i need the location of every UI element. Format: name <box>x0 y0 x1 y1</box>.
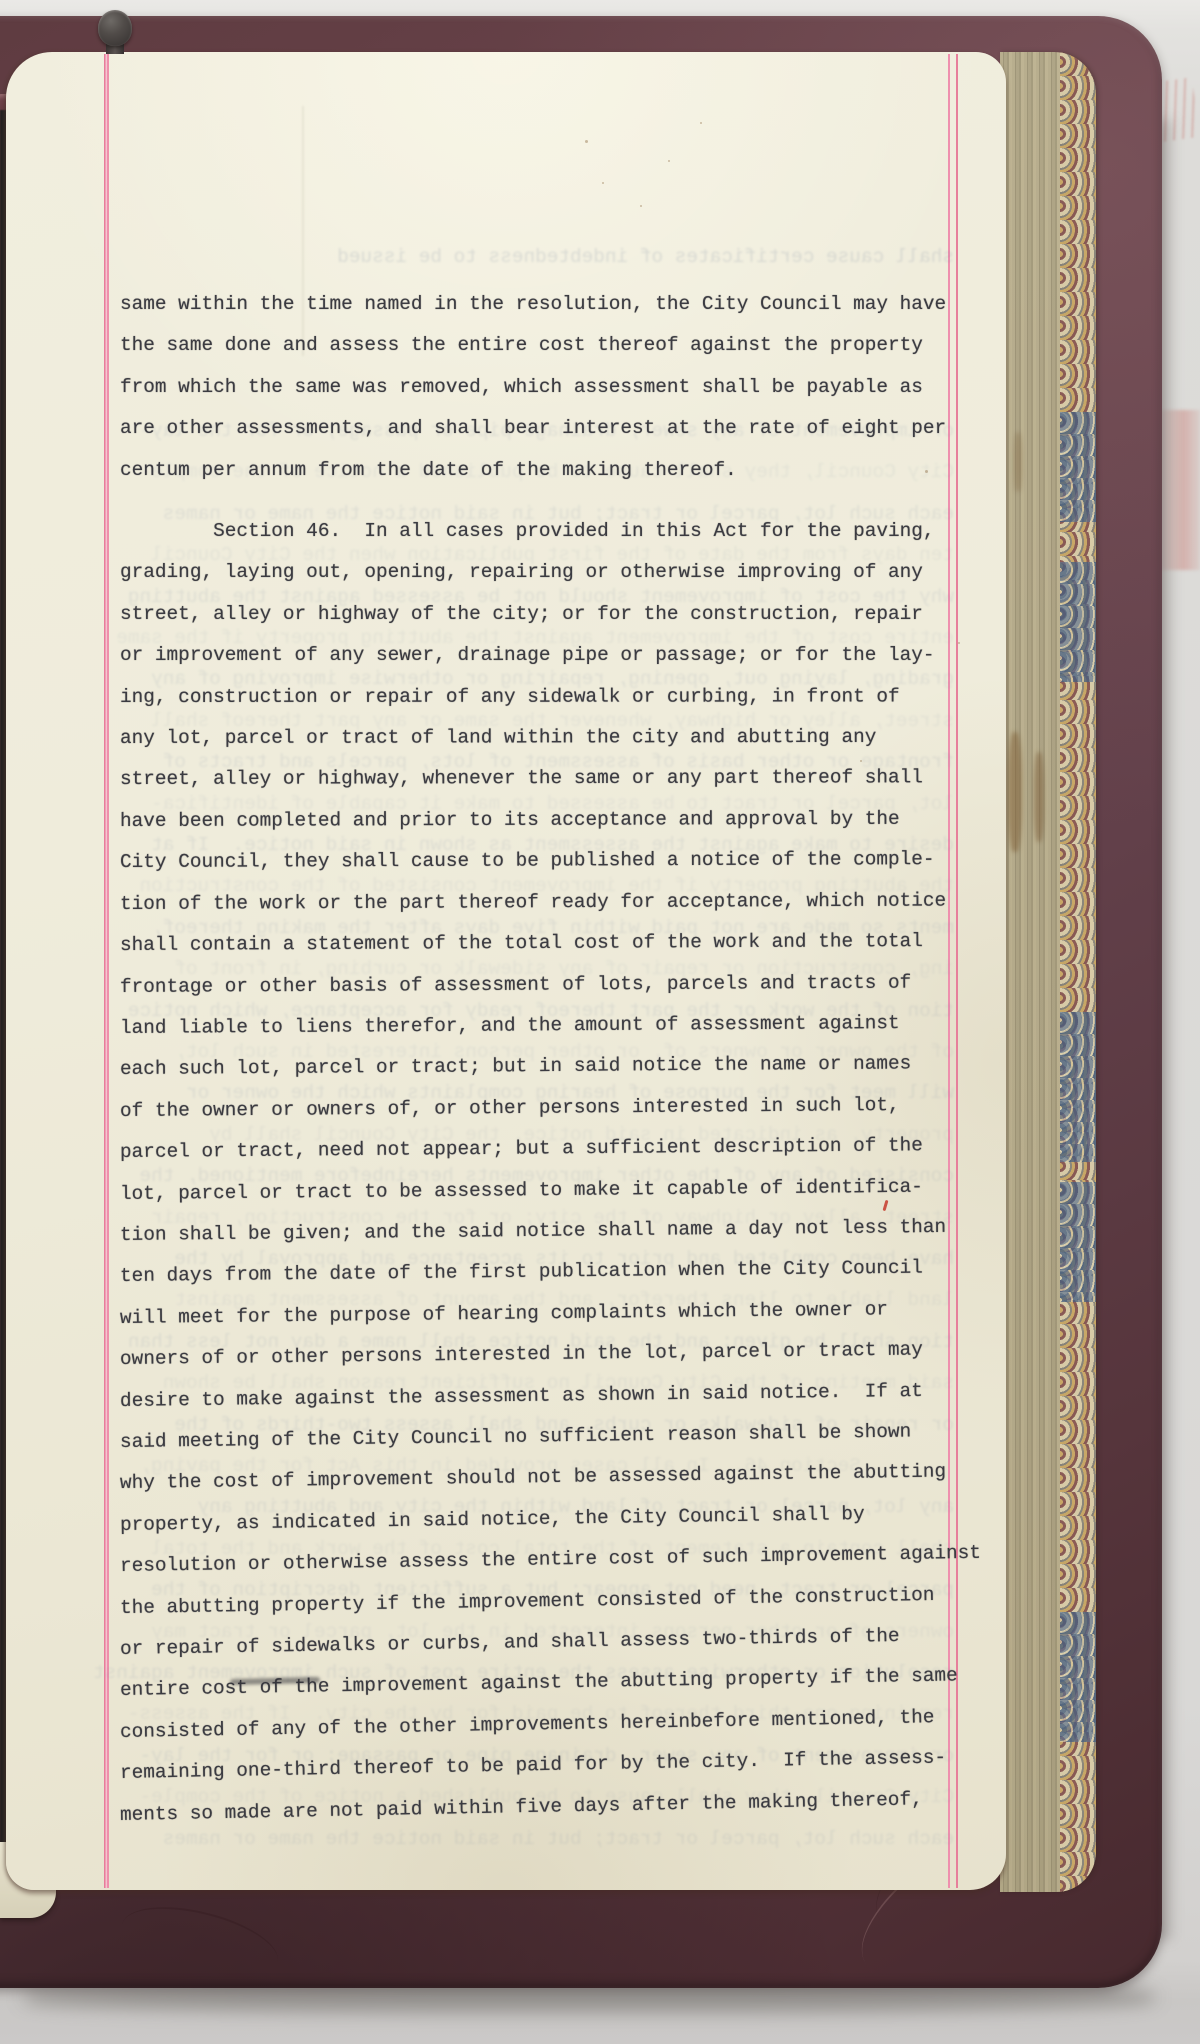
marbled-edge-blue-band <box>1060 562 1096 682</box>
fore-edge-stain <box>1034 752 1044 842</box>
text-line: each such lot, parcel or tract; but in s… <box>120 1043 1000 1091</box>
fox-speckle <box>925 470 928 473</box>
text-line: centum per annum from the date of the ma… <box>120 450 1000 491</box>
text-line: street, alley or highway of the city; or… <box>120 594 1000 635</box>
text-line: or improvement of any sewer, drainage pi… <box>120 635 1000 676</box>
marbled-edge-blue-band <box>1060 1012 1096 1162</box>
text-line: land liable to liens therefor, and the a… <box>120 1002 1000 1049</box>
fox-speckle <box>958 642 960 644</box>
stacked-page-edges <box>1000 52 1064 1892</box>
text-line: street, alley or highway, whenever the s… <box>120 758 1000 801</box>
text-line: ing, construction or repair of any sidew… <box>120 676 1000 718</box>
page-fore-edge <box>1000 52 1096 1892</box>
marbled-edge-blue-band <box>1060 1182 1096 1302</box>
text-line: any lot, parcel or tract of land within … <box>120 717 1000 760</box>
fox-speckle <box>700 122 702 124</box>
text-line: the same done and assess the entire cost… <box>120 325 1000 366</box>
text-line: frontage or other basis of assessment of… <box>120 962 1000 1008</box>
text-line: grading, laying out, opening, repairing … <box>120 552 1000 593</box>
text-line: same within the time named in the resolu… <box>120 284 1000 325</box>
binder-post-stud <box>98 10 132 46</box>
typed-text: same within the time named in the resolu… <box>120 284 1000 1836</box>
marbled-edge-blue-band <box>1060 412 1096 522</box>
marbled-edge-blue-band <box>1060 1612 1096 1742</box>
fox-speckle <box>602 182 604 184</box>
paragraph: same within the time named in the resolu… <box>120 284 1000 491</box>
text-line: have been completed and prior to its acc… <box>120 798 1000 842</box>
text-line: Section 46. In all cases provided in thi… <box>120 511 1000 552</box>
text-line: City Council, they shall cause to be pub… <box>120 839 1000 883</box>
fox-speckle <box>668 160 670 162</box>
text-line: shall contain a statement of the total c… <box>120 921 1000 967</box>
margin-rule-left <box>104 54 109 1888</box>
fox-speckle <box>530 300 532 302</box>
text-line: from which the same was removed, which a… <box>120 367 1000 408</box>
fox-speckle <box>585 140 588 143</box>
fore-edge-stain <box>1014 432 1022 492</box>
text-line: are other assessments, and shall bear in… <box>120 408 1000 449</box>
text-line: tion of the work or the part thereof rea… <box>120 880 1000 925</box>
fox-speckle <box>860 760 862 762</box>
fore-edge-stain <box>1008 732 1022 852</box>
paragraph: Section 46. In all cases provided in thi… <box>120 511 1000 1836</box>
fox-speckle <box>640 205 642 207</box>
